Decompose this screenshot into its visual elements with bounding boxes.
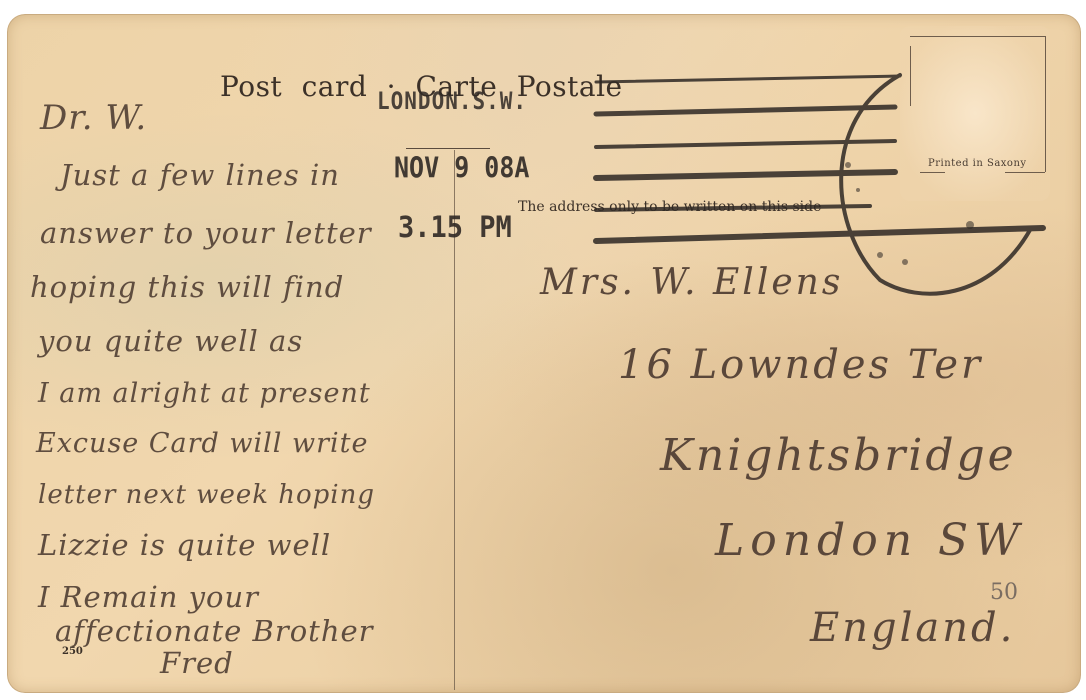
message-line: I Remain your (38, 580, 259, 614)
message-line: hoping this will find (30, 270, 344, 304)
message-line: I am alright at present (38, 378, 371, 409)
postmark-date: NOV 9 08A (394, 151, 529, 184)
message-line: Just a few lines in (60, 158, 340, 192)
postmark-rule (406, 148, 490, 149)
message-line: answer to your letter (40, 216, 372, 250)
postmark-city: LONDON.S.W. (377, 87, 527, 115)
address-line-country: England. (810, 605, 1015, 651)
message-line: affectionate Brother (55, 614, 374, 648)
signature: Fred (160, 646, 234, 680)
message-line: Excuse Card will write (36, 428, 368, 459)
address-line-district: Knightsbridge (660, 430, 1017, 481)
address-line-street: 16 Lowndes Ter (618, 342, 983, 388)
address-line-recipient: Mrs. W. Ellens (540, 262, 843, 303)
message-line: you quite well as (38, 324, 303, 358)
address-line-city: London SW (715, 515, 1025, 566)
message-line: Lizzie is quite well (38, 528, 331, 562)
postmark-time: 3.15 PM (398, 210, 512, 244)
message-line: Dr. W. (40, 98, 147, 138)
message-line: letter next week hoping (38, 480, 375, 510)
pencil-note: 50 (990, 580, 1018, 605)
